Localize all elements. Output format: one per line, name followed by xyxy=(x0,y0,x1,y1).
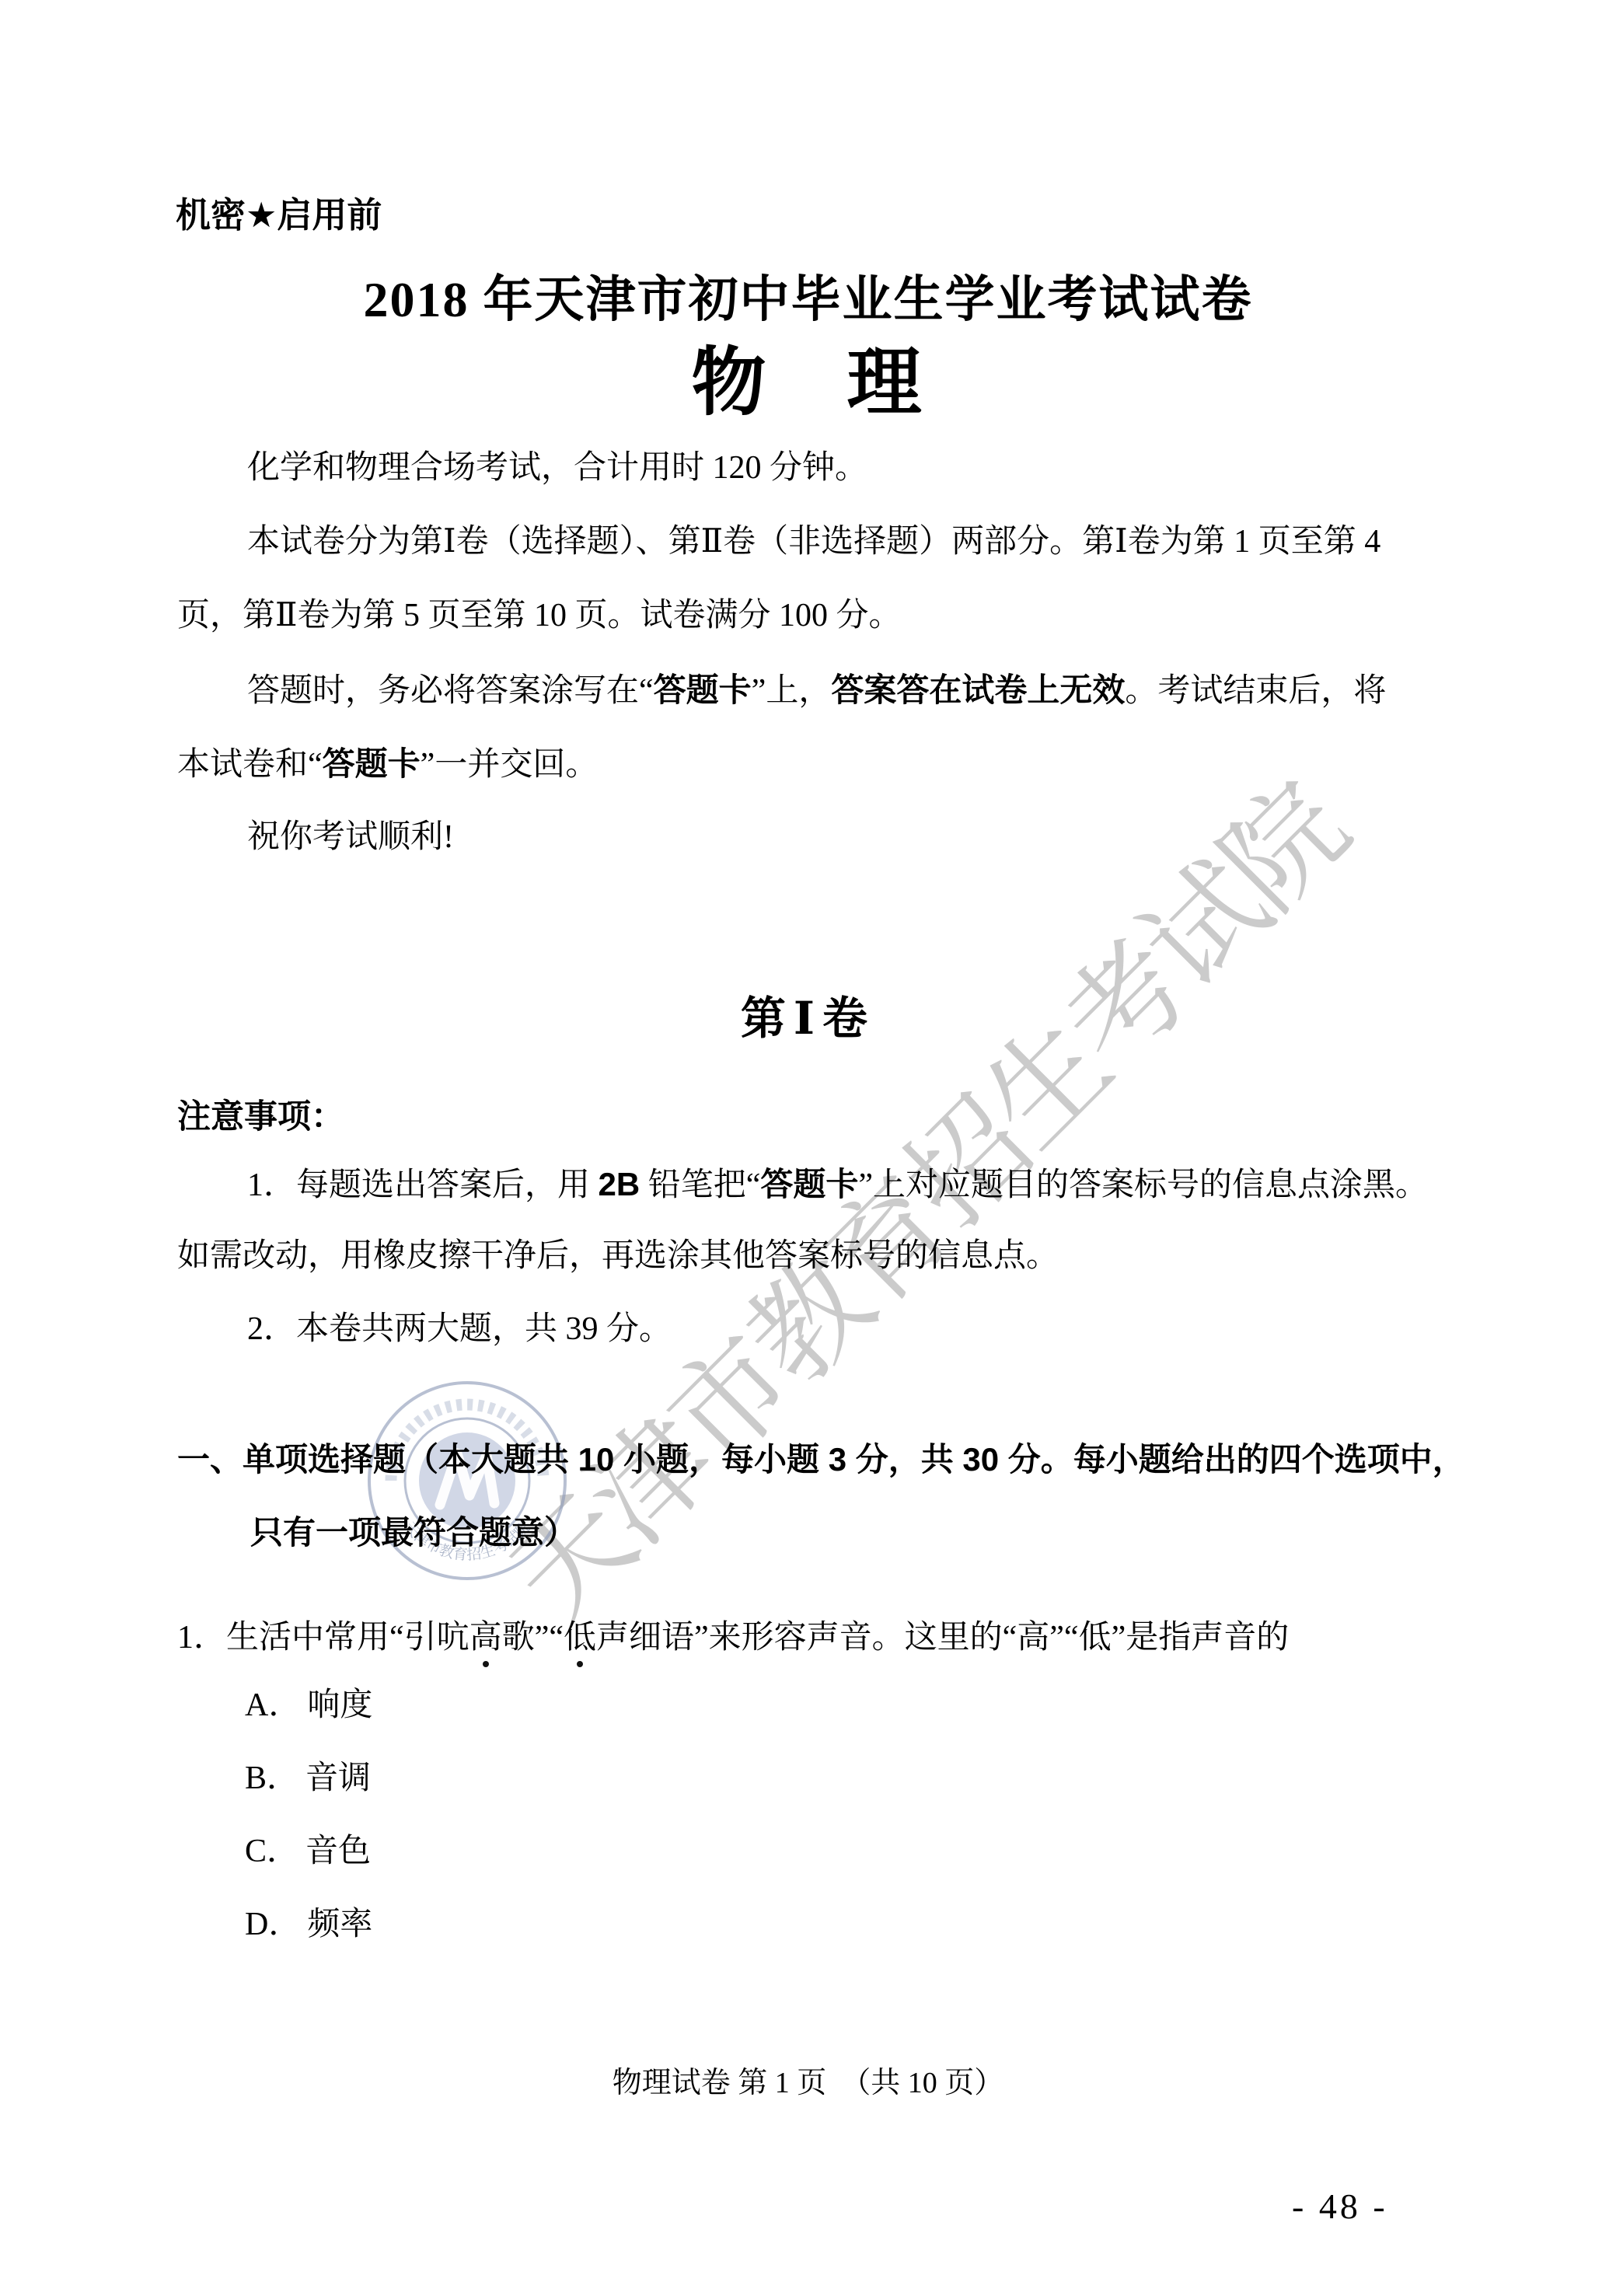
answer-sheet-bold-text: 答题卡 xyxy=(654,672,752,708)
option-d-text: 频率 xyxy=(307,1907,372,1942)
section-1-heading-line-2: 只有一项最符合题意） xyxy=(250,1513,577,1552)
option-c: C．音色 xyxy=(245,1833,371,1872)
option-b-label: B． xyxy=(245,1760,299,1796)
note1-text: 1．每题选出答案后，用 xyxy=(247,1167,599,1203)
intro-paragraph-2-line-2: 页，第Ⅱ卷为第 5 页至第 10 页。试卷满分 100 分。 xyxy=(177,597,902,636)
intro-paragraph-3-line-1: 答题时，务必将答案涂写在“答题卡”上，答案答在试卷上无效。考试结束后，将 xyxy=(247,671,1386,711)
emphasized-char-gao: 高 xyxy=(469,1619,502,1658)
question-1: 1．生活中常用“引吭高歌”“低声细语”来形容声音。这里的“高”“低”是指声音的 xyxy=(177,1619,1289,1658)
note1-text: ”上对应题目的答案标号的信息点涂黑。 xyxy=(858,1167,1428,1203)
exam-page: 天津市教育招生考试院 天津市教育招生考试院 机密★启用前 2018 年天津市初中… xyxy=(0,0,1616,2296)
part1-heading: 第Ⅰ卷 xyxy=(0,993,1616,1045)
subject-title: 物 理 xyxy=(0,339,1616,427)
option-d-label: D． xyxy=(245,1907,301,1942)
note1-text: 铅笔把“ xyxy=(640,1167,760,1203)
intro-paragraph-1: 化学和物理合场考试，合计用时 120 分钟。 xyxy=(247,449,867,488)
invalid-warning-bold-text: 答案答在试卷上无效 xyxy=(831,672,1125,708)
option-a-text: 响度 xyxy=(307,1687,372,1723)
page-footer: 物理试卷 第 1 页 （共 10 页） xyxy=(0,2066,1616,2101)
p3-text: ”一并交回。 xyxy=(421,747,599,783)
question-1-text: 生活中常用“引吭 xyxy=(226,1620,469,1656)
section-1-heading-line-1: 一、单项选择题（本大题共 10 小题，每小题 3 分，共 30 分。每小题给出的… xyxy=(177,1440,1465,1479)
question-1-text: 声细语”来形容声音。这里的“高”“低”是指声音的 xyxy=(596,1620,1289,1656)
p3-text: 答题时，务必将答案涂写在“ xyxy=(247,673,654,709)
notes-title: 注意事项： xyxy=(177,1097,344,1137)
question-1-number: 1． xyxy=(177,1620,226,1656)
p3-text: 本试卷和“ xyxy=(177,747,323,783)
option-a-label: A． xyxy=(245,1687,301,1723)
option-b: B．音调 xyxy=(245,1760,371,1799)
seal-logo-icon: 天津市教育招生考试院 xyxy=(365,1379,569,1582)
answer-sheet-bold-text: 答题卡 xyxy=(323,745,421,782)
p3-text: 。考试结束后，将 xyxy=(1125,673,1386,709)
emphasized-char-di: 低 xyxy=(564,1619,596,1658)
option-a: A．响度 xyxy=(245,1687,372,1725)
good-luck-text: 祝你考试顺利! xyxy=(247,818,454,857)
page-title: 2018 年天津市初中毕业生学业考试试卷 xyxy=(0,270,1616,330)
intro-paragraph-3-line-2: 本试卷和“答题卡”一并交回。 xyxy=(177,745,598,785)
question-1-text: 歌”“ xyxy=(502,1620,564,1656)
option-b-text: 音调 xyxy=(305,1760,371,1796)
note-1-line-2: 如需改动，用橡皮擦干净后，再选涂其他答案标号的信息点。 xyxy=(177,1237,1059,1276)
classification-label: 机密★启用前 xyxy=(176,194,382,236)
p3-text: ”上， xyxy=(752,673,832,709)
answer-sheet-bold-text: 答题卡 xyxy=(760,1166,858,1202)
option-d: D．频率 xyxy=(245,1906,372,1945)
option-c-label: C． xyxy=(245,1834,299,1869)
note-2: 2．本卷共两大题，共 39 分。 xyxy=(247,1310,672,1349)
intro-paragraph-2-line-1: 本试卷分为第Ⅰ卷（选择题）、第Ⅱ卷（非选择题）两部分。第Ⅰ卷为第 1 页至第 4 xyxy=(247,523,1380,562)
note-1-line-1: 1．每题选出答案后，用 2B 铅笔把“答题卡”上对应题目的答案标号的信息点涂黑。 xyxy=(247,1165,1428,1206)
page-number: - 48 - xyxy=(1292,2186,1388,2228)
pencil-2b-bold-text: 2B xyxy=(599,1166,640,1202)
option-c-text: 音色 xyxy=(305,1834,371,1869)
